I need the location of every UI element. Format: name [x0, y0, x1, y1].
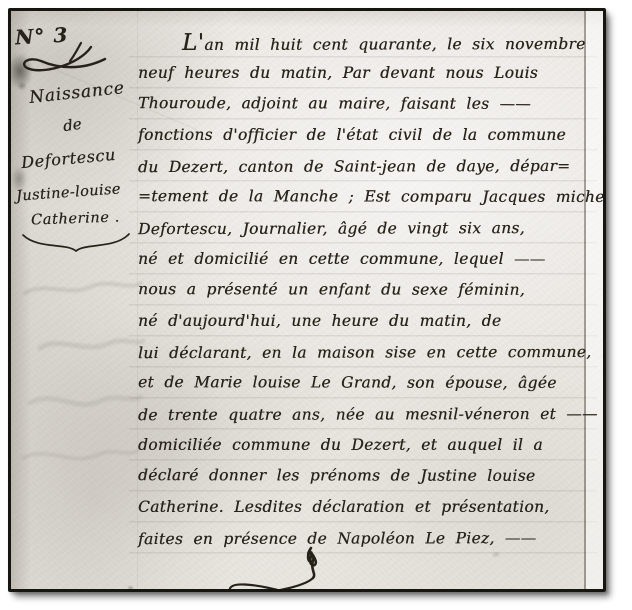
act-line: né et domicilié en cette commune, lequel… — [138, 244, 596, 275]
act-line: de trente quatre ans, née au mesnil-véne… — [138, 399, 596, 431]
act-line: du Dezert, canton de Saint-jean de daye,… — [138, 151, 596, 183]
margin-line-de: de — [62, 115, 83, 135]
act-line: faites en présence de Napoléon Le Piez, … — [138, 523, 596, 555]
act-line: et de Marie louise Le Grand, son épouse,… — [138, 367, 596, 399]
act-line: Thouroude, adjoint au maire, faisant les… — [138, 88, 596, 120]
act-line: nous a présenté un enfant du sexe fémini… — [138, 274, 596, 306]
margin-line-surname: Defortescu — [20, 145, 116, 172]
act-line: déclaré donner les prénoms de Justine lo… — [138, 460, 596, 492]
ink-speck — [127, 585, 134, 591]
act-line: neuf heures du matin, Par devant nous Lo… — [138, 58, 596, 89]
document-scan: N° 3 Naissance de Defortescu Justine-lou… — [8, 8, 606, 592]
act-line: né d'aujourd'hui, une heure du matin, de — [138, 306, 596, 337]
margin-line-firstnames: Justine-louise — [16, 181, 122, 204]
act-line: fonctions d'officier de l'état civil de … — [138, 120, 596, 151]
signature-flourish-icon — [225, 545, 343, 592]
margin-brace-icon — [19, 231, 133, 255]
act-line: Defortescu, Journalier, âgé de vingt six… — [138, 213, 596, 245]
act-line: =tement de la Manche ; Est comparu Jacqu… — [138, 181, 596, 213]
paraph-flourish-icon — [19, 41, 111, 81]
act-body: L'an mil huit cent quarante, le six nove… — [138, 27, 596, 554]
ink-bleedthrough-marks — [15, 263, 147, 498]
ink-smudge — [17, 81, 27, 91]
act-line: Catherine. Lesdites déclaration et prése… — [138, 492, 596, 523]
margin-line-naissance: Naissance — [28, 78, 125, 108]
act-line: lui déclarant, en la maison sise en cett… — [138, 337, 596, 369]
act-line: L'an mil huit cent quarante, le six nove… — [138, 27, 596, 59]
act-line: domiciliée commune du Dezert, et auquel … — [138, 430, 596, 461]
margin-line-catherine: Catherine . — [31, 209, 120, 228]
